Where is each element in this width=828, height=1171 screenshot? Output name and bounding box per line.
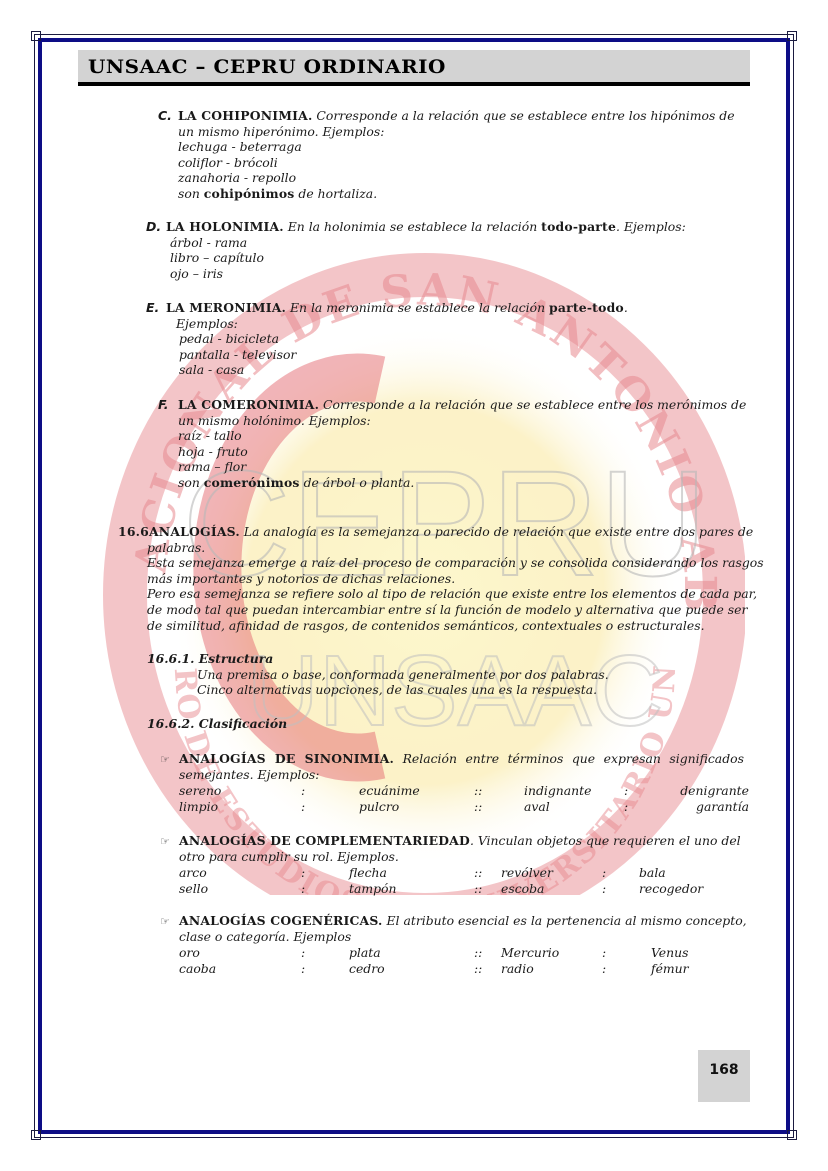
analogy-word: sereno [179, 783, 221, 798]
analogy-separator: : [301, 945, 305, 960]
analogy-word: recogedor [639, 881, 703, 896]
example-item: pedal - bicicleta [146, 331, 750, 347]
section-closing: son comerónimos de árbol o planta. [158, 475, 750, 491]
item-term: ANALOGÍAS DE SINONIMIA. [179, 751, 394, 766]
section-label: F. [158, 397, 178, 413]
analogy-word: limpio [179, 799, 218, 814]
example-item: sala - casa [146, 362, 750, 378]
analogy-row: caoba:cedro::radio:fémur [179, 961, 749, 977]
pointing-hand-icon: ☞ [160, 835, 170, 848]
section-holonimia: D.LA HOLONIMIA. En la holonimia se estab… [146, 219, 750, 281]
analogy-word: fémur [651, 961, 689, 976]
section-comeronimia: F.LA COMERONIMIA. Corresponde a la relac… [158, 397, 750, 491]
example-item: libro – capítulo [146, 250, 750, 266]
analogy-row: sereno:ecuánime::indignante:denigrante [179, 783, 749, 799]
analogy-separator: : [301, 961, 305, 976]
analogy-separator: : [602, 945, 606, 960]
paragraph-line: de modo tal que puedan intercambiar entr… [118, 602, 750, 618]
section-number: 16.6 [118, 524, 149, 539]
paragraph-line: Cinco alternativas uopciones, de las cua… [147, 682, 747, 698]
item-text: clase o categoría. Ejemplos [179, 929, 749, 945]
paragraph-line: Pero esa semejanza se refiere solo al ti… [118, 586, 750, 602]
analogy-separator: : [602, 961, 606, 976]
analogy-separator: : [301, 799, 305, 814]
item-text: semejantes. Ejemplos: [179, 767, 749, 783]
analogy-separator: :: [474, 961, 482, 976]
paragraph-line: Esta semejanza emerge a raíz del proceso… [118, 555, 750, 571]
document-body: C.LA COHIPONIMIA. Corresponde a la relac… [0, 0, 828, 1171]
section-text: un mismo holónimo. Ejemplos: [158, 413, 750, 429]
section-meronimia: E.LA MERONIMIA. En la meronimia se estab… [146, 300, 750, 378]
example-item: coliflor - brócoli [158, 155, 750, 171]
example-item: pantalla - televisor [146, 347, 750, 363]
analogy-word: ecuánime [359, 783, 420, 798]
classification-item-cogenericas: ANALOGÍAS COGENÉRICAS. El atributo esenc… [179, 913, 749, 944]
analogy-word: oro [179, 945, 200, 960]
section-closing: son cohipónimos de hortaliza. [158, 186, 750, 202]
analogy-separator: :: [474, 783, 482, 798]
analogy-row: oro:plata::Mercurio:Venus [179, 945, 749, 961]
analogy-word: garantía [696, 799, 749, 814]
analogy-word: Venus [651, 945, 688, 960]
analogy-word: aval [524, 799, 550, 814]
analogy-separator: :: [474, 799, 482, 814]
subsection-title: 16.6.2. Clasificación [147, 716, 747, 732]
analogy-separator: : [624, 799, 628, 814]
analogy-word: escoba [501, 881, 544, 896]
item-term: ANALOGÍAS COGENÉRICAS. [179, 913, 383, 928]
analogy-row: arco:flecha::revólver:bala [179, 865, 749, 881]
analogy-word: bala [639, 865, 666, 880]
analogy-word: caoba [179, 961, 216, 976]
example-item: hoja - fruto [158, 444, 750, 460]
analogy-word: indignante [524, 783, 591, 798]
analogy-word: tampón [349, 881, 397, 896]
example-item: árbol - rama [146, 235, 750, 251]
analogy-separator: : [624, 783, 628, 798]
example-item: zanahoria - repollo [158, 170, 750, 186]
paragraph-line: más importantes y notorios de dichas rel… [118, 571, 750, 587]
analogy-separator: : [602, 865, 606, 880]
analogy-word: cedro [349, 961, 385, 976]
pointing-hand-icon: ☞ [160, 915, 170, 928]
example-item: ojo – iris [146, 266, 750, 282]
section-label: C. [158, 108, 178, 124]
section-label: D. [146, 219, 166, 235]
example-item: lechuga - beterraga [158, 139, 750, 155]
section-term: LA HOLONIMIA. [166, 219, 284, 234]
classification-item-sinonimia: ANALOGÍAS DE SINONIMIA. Relación entre t… [179, 751, 749, 782]
subsection-title: 16.6.1. Estructura [147, 651, 747, 667]
analogy-separator: :: [474, 945, 482, 960]
example-item: rama – flor [158, 459, 750, 475]
section-text: un mismo hiperónimo. Ejemplos: [158, 124, 750, 140]
subsection-estructura: 16.6.1. Estructura Una premisa o base, c… [147, 651, 747, 698]
analogy-separator: :: [474, 881, 482, 896]
example-item: raíz - tallo [158, 428, 750, 444]
section-term: LA COHIPONIMIA. [178, 108, 312, 123]
paragraph-line: palabras. [118, 540, 750, 556]
item-term: ANALOGÍAS DE COMPLEMENTARIEDAD [179, 833, 470, 848]
analogy-word: pulcro [359, 799, 399, 814]
analogy-word: denigrante [680, 783, 749, 798]
analogy-separator: :: [474, 865, 482, 880]
section-cohiponimia: C.LA COHIPONIMIA. Corresponde a la relac… [158, 108, 750, 202]
analogy-word: flecha [349, 865, 387, 880]
analogy-word: radio [501, 961, 534, 976]
section-term: LA COMERONIMIA. [178, 397, 319, 412]
classification-item-complementariedad: ANALOGÍAS DE COMPLEMENTARIEDAD. Vinculan… [179, 833, 749, 864]
analogy-separator: : [301, 865, 305, 880]
pointing-hand-icon: ☞ [160, 753, 170, 766]
analogy-word: arco [179, 865, 207, 880]
analogy-row: limpio:pulcro::aval:garantía [179, 799, 749, 815]
analogy-separator: : [602, 881, 606, 896]
examples-label: Ejemplos: [146, 316, 750, 332]
section-term: LA MERONIMIA. [166, 300, 286, 315]
section-analogias: 16.6ANALOGÍAS. La analogía es la semejan… [118, 524, 750, 633]
analogy-word: Mercurio [501, 945, 559, 960]
analogy-row: sello:tampón::escoba:recogedor [179, 881, 749, 897]
section-text: Corresponde a la relación que se estable… [312, 108, 734, 123]
paragraph-line: Una premisa o base, conformada generalme… [147, 667, 747, 683]
page-number: 168 [698, 1050, 750, 1102]
section-label: E. [146, 300, 166, 316]
analogy-word: sello [179, 881, 208, 896]
item-text: otro para cumplir su rol. Ejemplos. [179, 849, 749, 865]
analogy-separator: : [301, 783, 305, 798]
analogy-word: revólver [501, 865, 553, 880]
analogy-separator: : [301, 881, 305, 896]
section-term: ANALOGÍAS. [149, 524, 240, 539]
analogy-word: plata [349, 945, 381, 960]
subsection-clasificacion: 16.6.2. Clasificación [147, 716, 747, 732]
paragraph-line: de similitud, afinidad de rasgos, de con… [118, 618, 750, 634]
